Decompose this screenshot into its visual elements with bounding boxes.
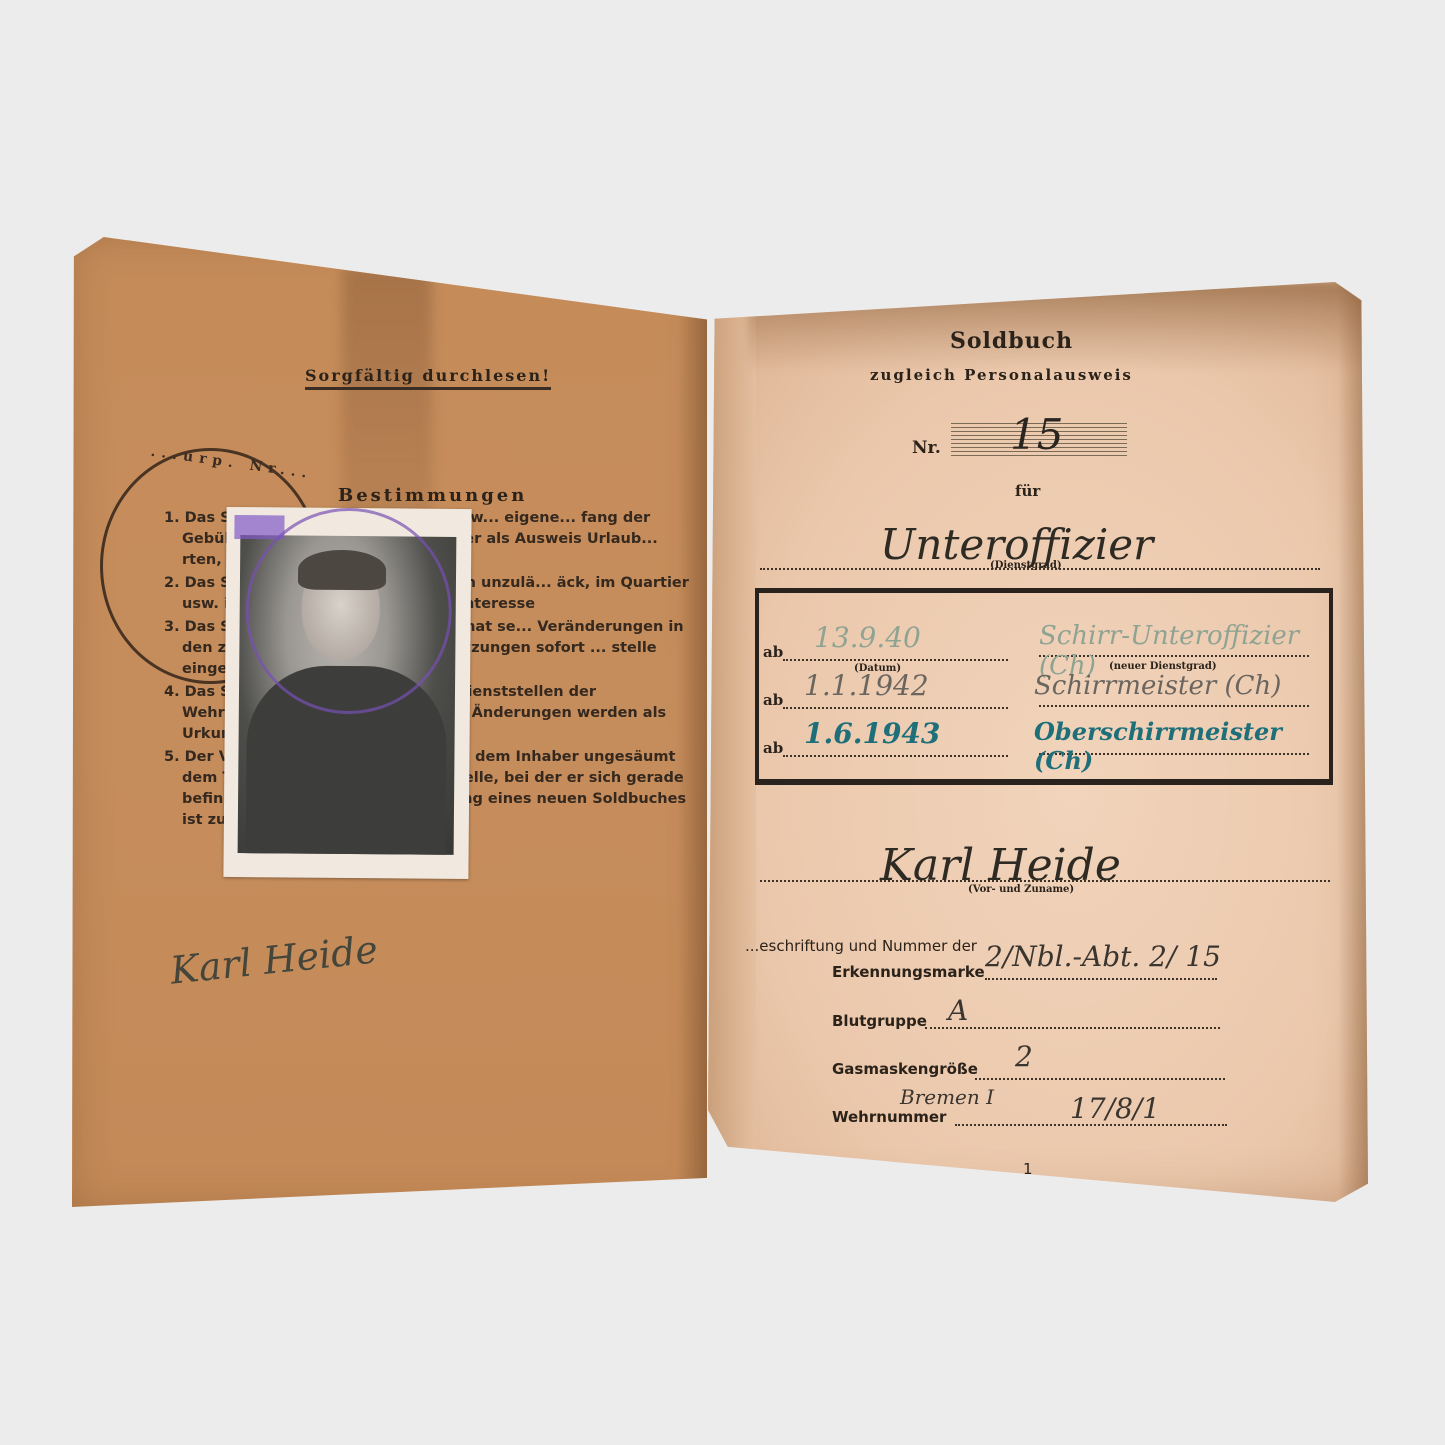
name-caption: (Vor- und Zuname) <box>968 884 1074 895</box>
promotions-box: ab 13.9.40 Schirr-Unteroffizier (Ch) (Da… <box>755 588 1333 785</box>
blood-group-label: Blutgruppe <box>832 1012 927 1030</box>
id-tag-label-2: Erkennungsmarke <box>832 963 985 981</box>
ab-label: ab <box>763 643 783 661</box>
id-tag-value: 2/Nbl.-Abt. 2/ 15 <box>985 940 1221 973</box>
blood-group-line <box>925 1027 1220 1029</box>
ab-label: ab <box>763 739 783 757</box>
blood-group-value: A <box>948 994 968 1027</box>
name-line <box>760 880 1330 882</box>
promotion-rank: Schirrmeister (Ch) <box>1034 671 1281 701</box>
date-line <box>783 755 1008 757</box>
gas-mask-size-value: 2 <box>1015 1040 1033 1073</box>
rank-line <box>1039 705 1309 707</box>
id-tag-label-1: ...eschriftung und Nummer der <box>745 937 977 955</box>
service-number-value: 17/8/1 <box>1070 1092 1160 1125</box>
gas-mask-size-label: Gasmaskengröße <box>832 1060 978 1078</box>
promotion-date: 1.6.1943 <box>804 717 940 750</box>
promotion-date: 1.1.1942 <box>804 669 929 702</box>
id-photo <box>223 507 471 879</box>
for-label: für <box>1015 482 1040 500</box>
gas-mask-size-line <box>975 1078 1225 1080</box>
number-label: Nr. <box>912 438 941 458</box>
ab-label: ab <box>763 691 783 709</box>
service-number-label: Wehrnummer <box>832 1108 946 1126</box>
document-title: Soldbuch <box>950 328 1073 354</box>
promotion-rank: Oberschirrmeister (Ch) <box>1034 717 1329 775</box>
purple-stamp-ring <box>245 507 453 715</box>
promotion-date: 13.9.40 <box>814 621 921 654</box>
rules-heading: Bestimmungen <box>338 485 527 506</box>
date-line <box>783 707 1008 709</box>
water-stain-top <box>748 282 1368 372</box>
water-stain-side <box>1338 282 1368 1202</box>
service-number-prefix: Bremen I <box>900 1085 994 1109</box>
book-number: 15 <box>1010 410 1063 459</box>
read-carefully-heading: Sorgfältig durchlesen! <box>305 366 551 390</box>
document-subtitle: zugleich Personalausweis <box>870 366 1133 384</box>
id-tag-line <box>985 978 1217 980</box>
rank-caption: (Dienstgrad) <box>990 560 1062 571</box>
date-line <box>783 659 1008 661</box>
soldbuch-open-book: ...urp. Nr... Sorgfältig durchlesen! Bes… <box>0 0 1445 1445</box>
page-number: 1 <box>1023 1160 1033 1178</box>
spine-edge <box>708 282 756 1202</box>
